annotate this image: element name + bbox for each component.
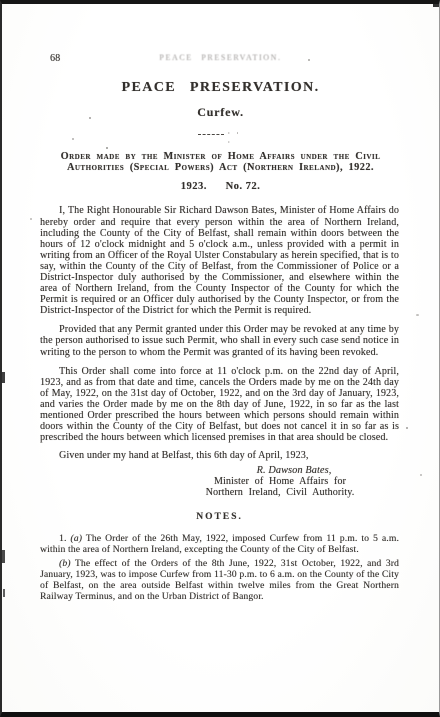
scan-speck [89,117,91,119]
signature-role-line-2: Northern Ireland, Civil Authority. [190,487,370,498]
page-header: 68 PEACE PRESERVATION. [2,53,439,65]
paragraph-commencement: This Order shall come into force at 11 o… [40,366,399,444]
scan-blob [2,550,5,563]
document-subtitle: Curfew. [2,105,439,120]
note-item-a: 1. (a) The Order of the 26th May, 1922, … [40,533,399,555]
note-letter-a: (a) [70,533,82,544]
running-header: PEACE PRESERVATION. [2,53,439,62]
note-item-b: (b) The effect of the Orders of the 8th … [40,558,399,602]
divider-dash [198,134,224,135]
document-title: PEACE PRESERVATION. [2,80,439,96]
scan-blob [433,4,439,7]
order-heading: Order made by the Minister of Home Affai… [45,151,397,173]
scan-blob [3,589,5,597]
note-letter-b: (b) [59,558,71,569]
note-number: 1. [59,533,70,544]
scan-speck [416,314,419,316]
scan-speck [106,147,108,149]
attestation-line: Given under my hand at Belfast, this 6th… [40,450,399,461]
divider-dots: · · · [228,129,244,147]
scan-blob [2,372,5,383]
paragraph-order-text: I, The Right Honourable Sir Richard Daws… [40,205,399,316]
scanned-document-page: 68 PEACE PRESERVATION. PEACE PRESERVATIO… [0,0,440,717]
document-body: I, The Right Honourable Sir Richard Daws… [2,205,439,602]
note-text-a: The Order of the 26th May, 1922, imposed… [40,533,399,555]
scan-speck [30,218,32,220]
scan-speck [420,474,422,476]
signature-role-line-1: Minister of Home Affairs for [190,476,370,487]
scan-speck [406,427,408,429]
section-divider: · · · [198,133,244,136]
scan-speck [308,59,310,61]
signature-block: R. Dawson Bates, Minister of Home Affair… [190,465,370,498]
order-reference: 1923. No. 72. [2,181,439,192]
note-text-b: The effect of the Orders of the 8th June… [40,558,399,602]
paragraph-proviso: Provided that any Permit granted under t… [40,324,399,357]
notes-heading: NOTES. [40,512,399,522]
scan-speck [72,138,74,140]
signature-name: R. Dawson Bates, [190,465,370,476]
